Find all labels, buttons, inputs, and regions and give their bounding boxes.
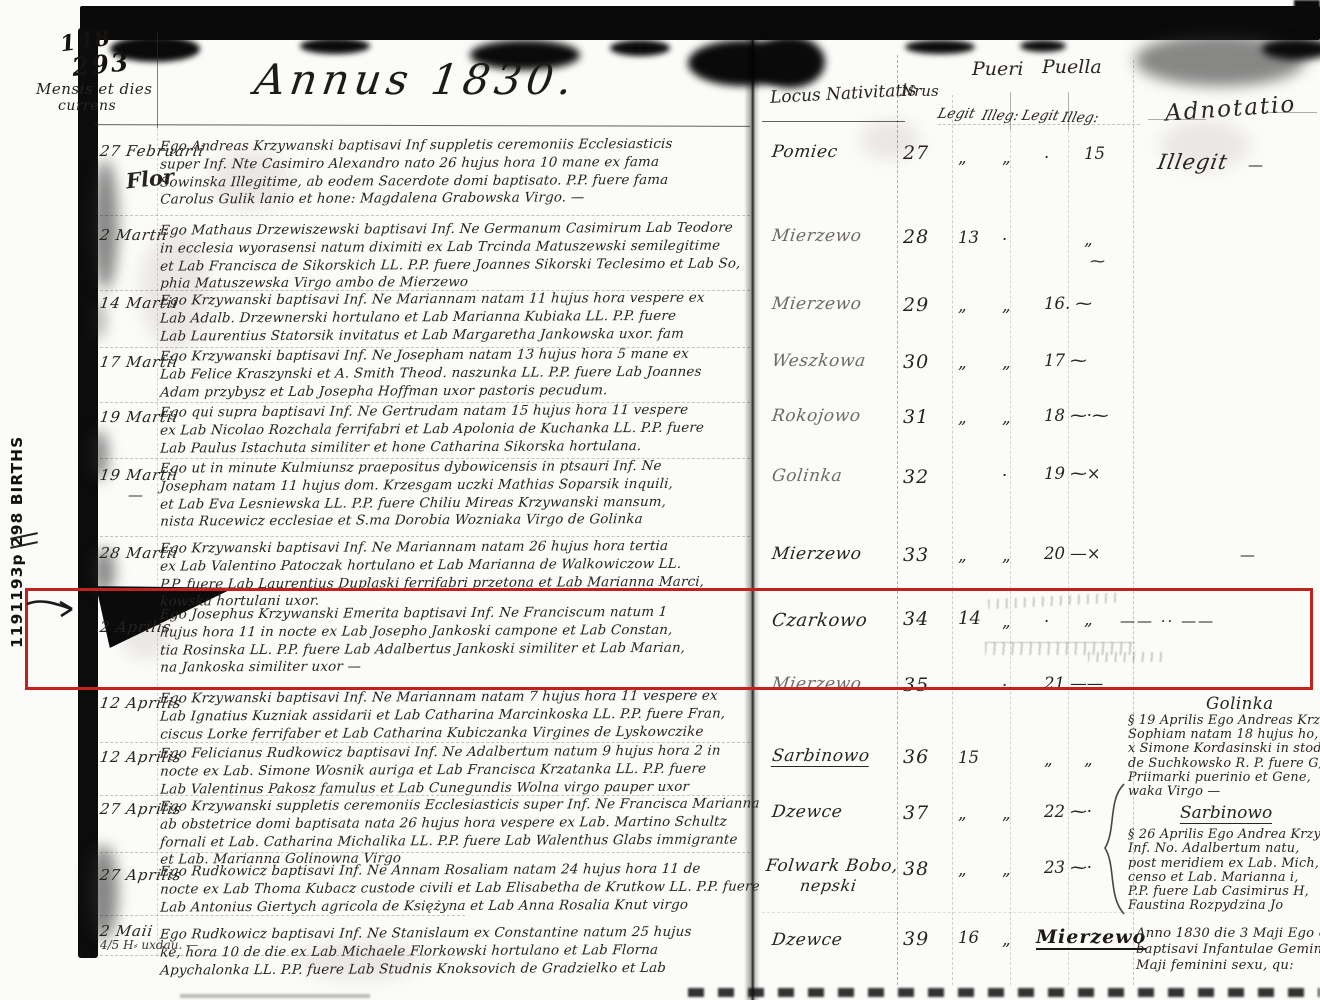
count-pueri-illeg: „ <box>1002 353 1011 372</box>
count-pueri-legit: „ <box>958 353 967 372</box>
record-body-line: Adam przybysz et Lab Josepha Hoffman uxo… <box>160 382 761 403</box>
count-puella-legit: 18 ⁓·⁓ <box>1044 406 1109 425</box>
table-rule <box>952 95 953 985</box>
column-header-illeg-puella: Illeg: <box>1060 110 1100 126</box>
record-body-line: Apychalonka LL. P.P. fuere Lab Studnis K… <box>160 960 761 981</box>
highlight-annotation-box <box>25 588 1313 690</box>
count-pueri-illeg: „ <box>1002 408 1011 427</box>
record-place: Mierzewo <box>771 226 863 246</box>
record-body: Ego Mathaus Drzewiszewski baptisavi Inf.… <box>160 220 760 294</box>
record-body: Ego Rudkowicz baptisavi Inf. Ne Stanisla… <box>160 924 760 981</box>
count-puella-legit: 17 ⁓ <box>1044 351 1087 370</box>
count-puella-illeg: „ <box>1084 750 1093 769</box>
count-pueri-legit: 13 <box>958 228 979 247</box>
count-pueri-illeg: „ <box>1002 546 1011 565</box>
count-pueri-illeg: · <box>1002 230 1007 249</box>
count-pueri-legit: „ <box>958 860 967 879</box>
margin-note-line: Inf. No. Adalbertum natu, <box>1128 841 1320 855</box>
scan-edge-artifact <box>300 38 370 54</box>
margin-note-line: Faustina Rozpydzina Jo <box>1128 898 1320 912</box>
margin-column-header: Mensis et dies <box>36 80 153 98</box>
record-body-line: Carolus Gulik lanio et hone: Magdalena G… <box>160 190 761 211</box>
record-body: Ego Krzywanski baptisavi Inf. Ne Mariann… <box>160 290 760 347</box>
record-place: Pomiec <box>771 142 839 162</box>
record-place: Mierzewo <box>771 294 863 314</box>
count-pueri-illeg: „ <box>1002 804 1011 823</box>
count-puella-illeg: „ <box>1084 230 1093 249</box>
record-place: Rokojowo <box>771 406 862 426</box>
record-body: Ego Rudkowicz baptisavi Inf. Ne Annam Ro… <box>160 861 760 918</box>
count-pueri-legit: 15 <box>958 748 979 767</box>
table-rule <box>938 124 1140 125</box>
margin-note-line: P.P. fuere Lab Casimirus H, <box>1128 884 1320 898</box>
margin-note-line: baptisavi Infantulae Gemin <box>1136 942 1320 958</box>
record-entry-number: 29 <box>903 294 929 316</box>
count-puella-legit: „ <box>1044 750 1053 769</box>
count-pueri-illeg: · <box>1002 466 1007 485</box>
annotation-arrow-icon <box>24 594 82 622</box>
record-body: Ego ut in minute Kulmiunsz praepositus d… <box>160 458 760 532</box>
record-entry-number: 33 <box>903 544 929 566</box>
row-separator <box>762 912 1132 913</box>
count-puella-legit: 20 —× <box>1044 544 1101 563</box>
record-body: Ego Krzywanski baptisavi Inf. Ne Mariann… <box>160 688 760 745</box>
margin-note-line: Maji feminini sexu, qu: <box>1136 958 1320 974</box>
count-pueri-legit: „ <box>958 148 967 167</box>
table-rule <box>95 124 750 127</box>
page-number-secondary: 293 <box>71 47 132 82</box>
record-entry-number: 27 <box>903 142 929 164</box>
record-entry-number: 32 <box>903 466 929 488</box>
row-separator <box>95 536 750 537</box>
table-rule <box>157 32 158 128</box>
record-place-line2: nepski <box>799 876 858 895</box>
scan-edge-artifact <box>905 40 975 54</box>
column-header-legit-pueri: Legit <box>936 106 977 122</box>
margin-note-block: Golinka § 19 Aprilis Ego Andreas Krzy, S… <box>1128 694 1320 974</box>
margin-note-heading: Sarbinowo <box>1180 803 1272 824</box>
margin-note-line: § 19 Aprilis Ego Andreas Krzy, <box>1128 713 1320 727</box>
record-body-line: Lab Laurentius Statorsik invitatus et La… <box>160 326 761 347</box>
scan-bottom-edge <box>180 994 370 998</box>
column-header-legit-puella: Legit <box>1020 108 1061 124</box>
count-puella-illeg: 15 <box>1084 144 1105 163</box>
column-header-adnotatio: Adnotatio <box>1164 91 1297 126</box>
scan-corner-artifact <box>1294 0 1320 14</box>
record-date-note: — <box>128 486 143 504</box>
record-entry-number: 36 <box>903 746 929 768</box>
margin-note-line: Anno 1830 die 3 Maji Ego ex <box>1136 926 1320 942</box>
scan-top-edge <box>80 6 1320 40</box>
table-rule <box>897 55 898 985</box>
count-puella-legit: 23 ⁓· <box>1044 858 1092 877</box>
margin-note-line: censo et Lab. Marianna i, <box>1128 870 1320 884</box>
record-place: Weszkowa <box>771 351 867 371</box>
margin-column-header: currens <box>58 98 116 114</box>
record-place: Sarbinowo <box>771 746 871 767</box>
count-puella-legit: 22 ⁓· <box>1044 802 1092 821</box>
row-separator <box>95 215 750 216</box>
scan-edge-artifact <box>755 36 825 88</box>
scan-edge-artifact <box>1020 40 1066 52</box>
record-place: Dzewce <box>771 930 844 950</box>
count-pueri-illeg: „ <box>1002 148 1011 167</box>
page-title: Annus 1830. <box>252 55 581 104</box>
record-annotation-illegit: Illegit <box>1156 150 1230 174</box>
count-pueri-legit: „ <box>958 296 967 315</box>
record-entry-number: 31 <box>903 406 929 428</box>
record-annotation: — <box>1248 156 1265 174</box>
column-header-nrus: Nrus <box>901 82 939 100</box>
scan-edge-artifact <box>610 40 670 56</box>
record-place: Dzewce <box>771 802 844 822</box>
record-body: Ego Krzywanski suppletis ceremoniis Eccl… <box>160 796 760 870</box>
record-body: Ego qui supra baptisavi Inf. Ne Gertruda… <box>160 402 760 459</box>
record-entry-number: 30 <box>903 351 929 373</box>
margin-equals-mark <box>10 535 40 549</box>
record-entry-number: 28 <box>903 226 929 248</box>
margin-note-line: Sophiam natam 18 hujus ho, <box>1128 727 1320 741</box>
column-header-puella: Puella <box>1042 56 1102 78</box>
count-puella-legit: 19 ⁓× <box>1044 464 1101 483</box>
margin-note-line: x Simone Kordasinski in stod: <box>1128 741 1320 755</box>
record-body: Ego Felicianus Rudkowicz baptisavi Inf. … <box>160 743 760 800</box>
margin-note-line: waka Virgo — <box>1128 784 1320 798</box>
margin-note-line: Priimarki puerinio et Gene, <box>1128 770 1320 784</box>
margin-note-line: § 26 Aprilis Ego Andrea Krzy <box>1128 827 1320 841</box>
margin-note-line: de Suchkowsko R. P. fuere G, <box>1128 756 1320 770</box>
table-rule <box>762 121 905 122</box>
count-pueri-legit: „ <box>958 408 967 427</box>
record-entry-number: 39 <box>903 928 929 950</box>
count-puella-legit: · <box>1044 148 1049 167</box>
record-place: Mierzewo <box>771 544 863 564</box>
record-annotation: ⁓ <box>1090 252 1107 270</box>
count-pueri-illeg: „ <box>1002 296 1011 315</box>
count-pueri-illeg: „ <box>1002 930 1011 949</box>
record-body-line: nista Rucewicz ecclesiae et S.ma Dorobia… <box>160 512 761 533</box>
record-body: Ego Andreas Krzywanski baptisavi Inf sup… <box>160 136 760 210</box>
column-header-pueri: Pueri <box>972 58 1023 80</box>
count-pueri-legit: „ <box>958 804 967 823</box>
column-header-illeg-pueri: Illeg: <box>980 108 1020 124</box>
count-puella-legit: 16. ⁓ <box>1044 294 1092 313</box>
record-body: Ego Krzywanski baptisavi Inf. Ne Josepha… <box>160 346 760 403</box>
count-pueri-illeg: „ <box>1002 860 1011 879</box>
scanned-register-page: 148 293 Mensis et dies currens Annus 183… <box>0 0 1320 1000</box>
scan-edge-artifact <box>92 160 118 290</box>
record-body-line: Lab Antonius Giertych agricola de Księży… <box>160 897 761 918</box>
record-annotation: — <box>1240 546 1257 564</box>
scan-bottom-edge <box>688 988 1320 997</box>
count-pueri-legit: 16 <box>958 928 979 947</box>
scan-left-edge <box>78 28 98 958</box>
record-place: Golinka <box>771 466 844 486</box>
record-entry-number: 37 <box>903 802 929 824</box>
margin-note-line: post meridiem ex Lab. Mich, <box>1128 856 1320 870</box>
record-place: Folwark Bobo, <box>765 856 900 876</box>
record-body-line: ciscus Lorke ferrifaber et Lab Catharina… <box>160 724 761 745</box>
margin-note-heading: Golinka <box>1206 694 1320 713</box>
table-rule <box>157 128 158 956</box>
record-body-line: Lab Paulus Istachuta similiter et hone C… <box>160 438 761 459</box>
count-pueri-legit: „ <box>958 546 967 565</box>
record-entry-number: 38 <box>903 858 929 880</box>
curly-brace-icon <box>1100 782 1128 916</box>
